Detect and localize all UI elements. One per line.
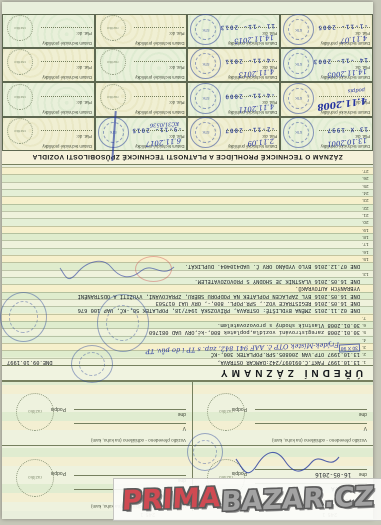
- round-stamp-icon: STK: [283, 83, 314, 114]
- record-row: 27.: [2, 167, 373, 174]
- inspection-section-header: ZÁZNAM O TECHNICKÉ PROHLÍDCE A PLATNOSTI…: [2, 149, 373, 165]
- round-stamp-ring: STK: [288, 122, 309, 143]
- inspection-cell: Datum technické prohlídky Plat. do: razí…: [2, 117, 95, 151]
- record-number: 20.: [360, 219, 373, 224]
- record-number: 27.: [360, 168, 373, 173]
- record-number: 15.: [360, 256, 373, 261]
- transfer-block: Vozidlo převedeno - odhlášeno (na koho, …: [2, 381, 192, 445]
- primabazar-watermark: PRIMABAZAR.CZ: [113, 478, 381, 521]
- inspection-cell: Datum technické prohlídky Plat. do: razí…: [95, 117, 188, 151]
- record-row: 21.: [2, 211, 373, 218]
- stamp-placeholder-circle: razítko: [207, 393, 245, 431]
- transfer-block: Vozidlo převedeno - odhlášeno (na koho, …: [192, 381, 373, 445]
- record-row: 6. 30.01.2008 Vlastník shodný s provozov…: [2, 321, 373, 328]
- round-stamp-ring: STK: [196, 88, 217, 109]
- date-line: dne: [74, 409, 186, 418]
- record-row: 18.: [2, 233, 373, 240]
- record-number: 19.: [360, 227, 373, 232]
- record-text: 30.01.2008 Vlastník shodný s provozovate…: [217, 322, 360, 328]
- inspection-cell: Datum technické prohlídky Plat. do: razí…: [95, 48, 188, 82]
- record-row: DNE 02.11.2015 ZMĚNA BYDLIŠTĚ: OSTRAVA, …: [2, 306, 373, 313]
- round-stamp-ring: [107, 305, 140, 342]
- inspection-cell: Datum technické prohlídky Plat. do: razí…: [188, 14, 281, 48]
- record-number: 23.: [360, 197, 373, 202]
- round-stamp-icon: [71, 345, 113, 383]
- record-text: VYBRANÝCH AUTOVRAKŮ.: [295, 285, 360, 291]
- valid-until-line: Plat. do:: [134, 27, 185, 36]
- record-number: 2.: [360, 351, 373, 356]
- record-number: 4.: [360, 337, 373, 342]
- record-row: 22.: [2, 204, 373, 211]
- record-number: 7.: [360, 315, 373, 320]
- record-number: 16.: [360, 249, 373, 254]
- record-number: 3.: [360, 344, 373, 349]
- valid-until-line: Plat. do:: [134, 62, 185, 71]
- stamp-placeholder-circle: razítko: [16, 393, 54, 431]
- inspection-cell: Datum technické prohlídky Plat. do: razí…: [188, 117, 281, 151]
- round-stamp-icon: [187, 433, 223, 471]
- inspection-date-stamp: -4-11- 2009: [224, 91, 275, 100]
- round-stamp-icon: STK: [283, 14, 314, 45]
- date-label: dne: [178, 411, 186, 417]
- record-number: 1.: [360, 359, 373, 364]
- record-row: 3. 30 X 98 Frýdek-Místek OTP č. AAF 941 …: [2, 343, 373, 350]
- inspection-date-label: Datum technické prohlídky: [42, 41, 91, 46]
- record-number: 5.: [360, 329, 373, 334]
- valid-until-line: Plat. do:: [41, 130, 92, 139]
- inspection-cell: Datum technické prohlídky Plat. do: razí…: [95, 83, 188, 117]
- stamp-placeholder-circle: razítko: [7, 118, 33, 144]
- round-stamp-icon: [0, 292, 47, 342]
- round-stamp-icon: STK: [191, 14, 222, 45]
- inspection-cell: Datum technické prohlídky Plat. do: razí…: [280, 14, 373, 48]
- date-label: dne: [359, 411, 367, 417]
- place-label: V: [183, 425, 186, 431]
- record-row: 25.: [2, 182, 373, 189]
- inspection-cell: Datum technické prohlídky Plat. do: razí…: [280, 117, 373, 151]
- record-number: 25.: [360, 183, 373, 188]
- official-records-header: ÚŘEDNÍ ZÁZNAMY: [2, 365, 373, 381]
- watermark-bazar-text: BAZAR.CZ: [220, 481, 374, 517]
- stamp-placeholder-circle: razítko: [100, 84, 126, 110]
- record-number: 21.: [360, 212, 373, 217]
- stamp-placeholder-circle: razítko: [7, 15, 33, 41]
- round-stamp-ring: [193, 440, 216, 464]
- round-stamp-ring: [9, 301, 39, 333]
- round-stamp-ring: STK: [196, 19, 217, 40]
- record-row: 7.: [2, 314, 373, 321]
- stamp-placeholder-circle: razítko: [100, 15, 126, 41]
- inspection-cell: Datum technické prohlídky Plat. do: razí…: [2, 83, 95, 117]
- inspection-date-label: Datum technické prohlídky: [135, 110, 184, 115]
- transfer-block-header: Vozidlo převedeno - odhlášeno (na koho, …: [2, 438, 192, 445]
- record-row: 16.: [2, 248, 373, 255]
- record-row: 19.: [2, 226, 373, 233]
- inspection-date-label: Datum technické prohlídky: [135, 41, 184, 46]
- inspection-date-stamp: 13 X 1997: [326, 125, 368, 133]
- record-row: DNE 16.05.2016 BYL ZAPLACEN POPLATEK NA …: [2, 292, 373, 299]
- record-row: 17.: [2, 240, 373, 247]
- record-text: DNE 16.05.2016 VLASTNÍK JE SHODNÝ S PROV…: [194, 278, 360, 284]
- record-date-stamp: 30 X 98: [339, 343, 361, 352]
- record-number: 22.: [360, 205, 373, 210]
- handwritten-note: podpis: [347, 86, 365, 93]
- round-stamp-icon: STK: [283, 117, 314, 148]
- record-text: 30.01.2008 zaregistrování vozidla,poplat…: [149, 329, 360, 335]
- record-number: 24.: [360, 190, 373, 195]
- round-stamp-ring: STK: [288, 54, 309, 75]
- place-label: V: [364, 425, 367, 431]
- inspection-date-label: Datum technické prohlídky: [42, 76, 91, 81]
- date-label: dne: [359, 471, 367, 477]
- inspection-cell: Datum technické prohlídky Plat. do: razí…: [188, 83, 281, 117]
- round-stamp-icon: STK: [191, 49, 222, 80]
- round-stamp-ring: STK: [196, 122, 217, 143]
- round-stamp-icon: STK: [283, 49, 314, 80]
- round-stamp-ring: STK: [196, 54, 217, 75]
- stamp-placeholder-circle: razítko: [7, 84, 33, 110]
- record-number: 17.: [360, 241, 373, 246]
- inspection-date-label: Datum technické prohlídky: [321, 110, 370, 115]
- inspection-cell: Datum technické prohlídky Plat. do: razí…: [2, 14, 95, 48]
- document-rotated-content: 245 1 245 1 Vozidlo převedeno - odhlášen…: [2, 2, 373, 519]
- inspection-cell: Datum technické prohlídky Plat. do: razí…: [188, 48, 281, 82]
- inspection-cell: Datum technické prohlídky Plat. do: razí…: [280, 83, 373, 117]
- valid-until-line: Plat. do:: [134, 96, 185, 105]
- round-stamp-icon: STK: [191, 117, 222, 148]
- vehicle-registration-document: 245 1 245 1 Vozidlo převedeno - odhlášen…: [2, 2, 373, 519]
- scanned-vehicle-document-photo: 245 1 245 1 Vozidlo převedeno - odhlášen…: [0, 0, 381, 525]
- round-stamp-icon: [97, 294, 149, 352]
- record-row: DNE 16.05.2016 REGISTRACE VOZ., SPR.POPL…: [2, 299, 373, 306]
- inspection-cell: Datum technické prohlídky Plat. do: razí…: [95, 14, 188, 48]
- place-line: V: [255, 423, 367, 432]
- record-number: 13.: [360, 271, 373, 276]
- record-row: 23.: [2, 196, 373, 203]
- record-row: 26.: [2, 174, 373, 181]
- record-number: 18.: [360, 234, 373, 239]
- place-line: V: [74, 423, 186, 432]
- record-row: 5. 30.01.2008 zaregistrování vozidla,pop…: [2, 328, 373, 335]
- record-row: 20.: [2, 218, 373, 225]
- round-stamp-icon: STK: [191, 83, 222, 114]
- record-number: 6.: [360, 322, 373, 327]
- record-row: VYBRANÝCH AUTOVRAKŮ.: [2, 284, 373, 291]
- stamp-placeholder-circle: razítko: [100, 50, 126, 76]
- inspection-date-label: Datum technické prohlídky: [42, 144, 91, 149]
- inspection-date-label: Datum technické prohlídky: [42, 110, 91, 115]
- round-stamp-ring: STK: [288, 88, 309, 109]
- record-row: 24.: [2, 189, 373, 196]
- signature-icon: [233, 449, 343, 475]
- inspection-cell: Datum technické prohlídky Plat. do: razí…: [280, 48, 373, 82]
- record-text: DNE 16.05.2016 REGISTRACE VOZ., SPR.POPL…: [156, 300, 360, 306]
- record-text: 13.10.1997 FAKT.Č.091097/242:DAMCAR OSTR…: [217, 359, 360, 365]
- valid-until-line: Plat. do:: [41, 27, 92, 36]
- signature-icon: [57, 259, 177, 281]
- valid-until-line: Plat. do:: [41, 96, 92, 105]
- watermark-prima-text: PRIMA: [122, 482, 222, 517]
- inspection-date-label: Datum technické prohlídky: [135, 76, 184, 81]
- record-text: DNE 07.12.2016 BYLO VYDÁNO ORV Č. UAD410…: [185, 263, 360, 269]
- inspection-cell: Datum technické prohlídky Plat. do: razí…: [2, 48, 95, 82]
- round-stamp-ring: [79, 352, 106, 376]
- round-stamp-ring: STK: [288, 19, 309, 40]
- stamp-placeholder-circle: razítko: [16, 459, 54, 497]
- date-line: dne: [255, 409, 367, 418]
- inspection-grid: Datum technické prohlídky Plat. do: razí…: [2, 14, 373, 151]
- stamp-placeholder-circle: razítko: [7, 50, 33, 76]
- record-row: 1. 13.10.1997 FAKT.Č.091097/242:DAMCAR O…: [2, 358, 373, 365]
- record-number: 26.: [360, 175, 373, 180]
- record-row: 4.: [2, 336, 373, 343]
- valid-until-line: Plat. do:: [41, 62, 92, 71]
- record-right-text: DNE.09.10.1997: [2, 359, 52, 365]
